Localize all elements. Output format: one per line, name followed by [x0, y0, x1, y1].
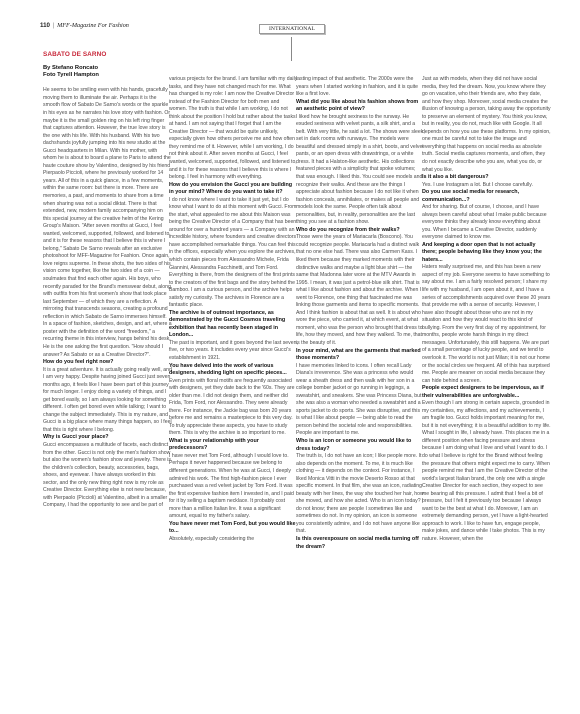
header-separator: |: [53, 22, 55, 29]
article-paragraph: He seems to be smiling even with his han…: [43, 87, 172, 359]
interview-question: And keeping a door open that is not actu…: [422, 242, 551, 265]
article-paragraph: Even though I am strong in certain aspec…: [422, 400, 551, 543]
interview-question: Do you use social media for research, co…: [422, 189, 551, 204]
interview-question: How do you feel right now?: [43, 359, 172, 367]
interview-question: What did you like about his fashion show…: [296, 99, 425, 114]
article-column-2: various projects for the brand. I am fam…: [169, 76, 298, 543]
article-paragraph: Just as with models, when they did not h…: [422, 76, 551, 174]
interview-question: You have never met Tom Ford, but you wou…: [169, 521, 298, 536]
interview-question: In your mind, what are the garments that…: [296, 348, 425, 363]
article-paragraph: I have never met Tom Ford, although I wo…: [169, 453, 298, 521]
interview-question: You have delved into the work of various…: [169, 363, 298, 378]
interview-question: The archive is of outmost importance, as…: [169, 310, 298, 340]
interview-question: Is it also a bit dangerous?: [422, 174, 551, 182]
article-paragraph: Haters really surprised me, and this has…: [422, 264, 551, 385]
magazine-name: MFF-Magazine For Fashion: [57, 22, 129, 29]
page-header: 110 | MFF-Magazine For Fashion: [40, 22, 129, 29]
section-divider-line: [291, 37, 292, 61]
article-column-1: SABATO DE SARNO By Stefano Roncato Foto …: [43, 51, 172, 510]
article-paragraph: I have memories linked to icons. I often…: [296, 363, 425, 438]
article-paragraph: It is a great adventure. It is actually …: [43, 367, 172, 435]
interview-question: Is this overexposure on social media tur…: [296, 536, 425, 551]
article-byline: By Stefano Roncato Foto Tyrell Hampton: [43, 65, 172, 80]
article-paragraph: Gucci encompasses a multitude of facets,…: [43, 442, 172, 510]
interview-question: How do you envision the Gucci you are bu…: [169, 182, 298, 197]
section-label: INTERNATIONAL: [259, 24, 325, 34]
interview-question: Who is an icon or someone you would like…: [296, 438, 425, 453]
column-body: Just as with models, when they did not h…: [422, 76, 551, 544]
interview-question: People expect designers to be impervious…: [422, 385, 551, 400]
article-column-4: Just as with models, when they did not h…: [422, 76, 551, 544]
photo-credit: Foto Tyrell Hampton: [43, 72, 99, 78]
article-paragraph: I liked how he brought sexiness to the r…: [296, 114, 425, 227]
interview-question: Who do you recognize from their walks?: [296, 227, 425, 235]
article-paragraph: And for sharing. But of course, I choose…: [422, 204, 551, 242]
article-paragraph: various projects for the brand. I am fam…: [169, 76, 298, 182]
article-column-3: lasting impact of that aesthetic. The 20…: [296, 76, 425, 551]
interview-question: What is your relationship with your pred…: [169, 438, 298, 453]
article-paragraph: Absolutely, especially considering the: [169, 536, 298, 544]
page-number: 110: [40, 22, 50, 29]
article-paragraph: Those were the years of Mariacarla (Bosc…: [296, 234, 425, 347]
article-paragraph: Yes. I use Instagram a lot. But I choose…: [422, 182, 551, 190]
article-paragraph: The truth is, I do not have an icon; I l…: [296, 453, 425, 536]
column-body: lasting impact of that aesthetic. The 20…: [296, 76, 425, 551]
column-body: various projects for the brand. I am fam…: [169, 76, 298, 543]
article-paragraph: lasting impact of that aesthetic. The 20…: [296, 76, 425, 99]
article-paragraph: I do not know where I want to take it ju…: [169, 197, 298, 310]
article-paragraph: The past is important, and it goes beyon…: [169, 340, 298, 363]
article-title: SABATO DE SARNO: [43, 51, 172, 59]
column-body: He seems to be smiling even with his han…: [43, 87, 172, 510]
author-credit: By Stefano Roncato: [43, 65, 98, 71]
article-paragraph: Even prints with floral motifs are frequ…: [169, 378, 298, 438]
interview-question: Why is Gucci your place?: [43, 434, 172, 442]
